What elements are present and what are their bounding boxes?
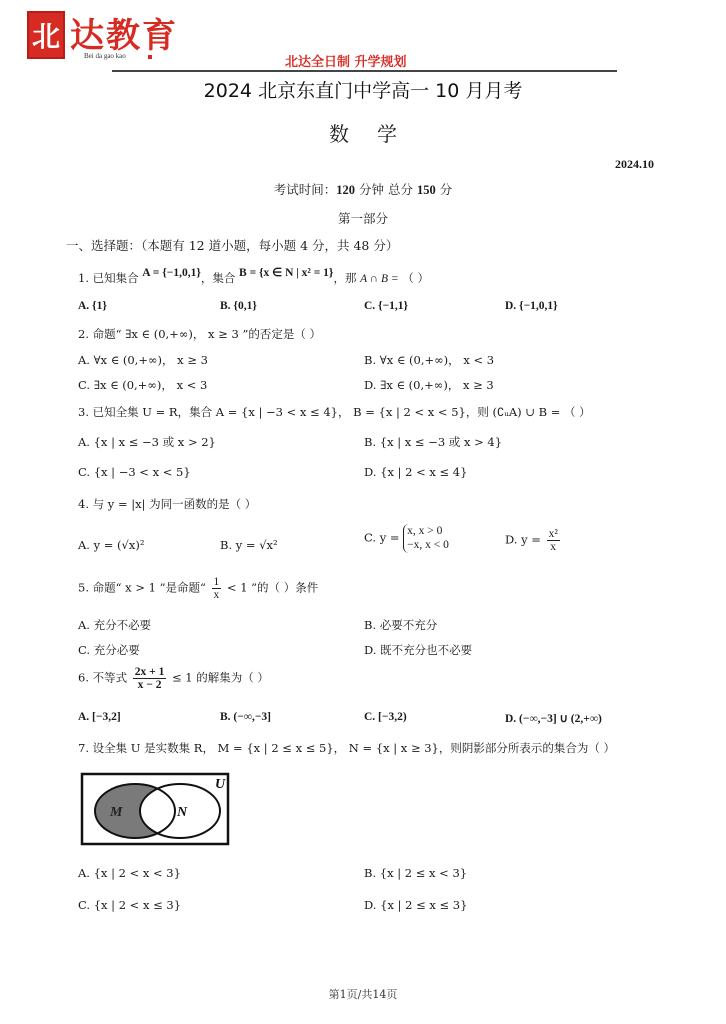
logo-glyph: 北 — [32, 15, 60, 55]
q-number: 6. — [78, 671, 89, 685]
option-1d[interactable]: D. {−1,0,1} — [505, 300, 558, 312]
q-text: ，那 — [333, 271, 360, 285]
denominator: x — [214, 589, 220, 601]
option-5a[interactable]: A. 充分不必要 — [78, 617, 151, 633]
option-6b[interactable]: B. (−∞,−3] — [220, 711, 271, 723]
logo-text: 达教育 — [70, 8, 178, 57]
case-2: −x, x < 0 — [407, 538, 449, 552]
fraction: 1x — [212, 576, 222, 601]
q-text: ≤ 1 的解集为（ ） — [168, 671, 269, 685]
numerator: 2x + 1 — [133, 666, 167, 679]
venn-diagram: M N U — [80, 771, 230, 846]
section-heading: 一、选择题：（本题有 12 道小题，每小题 4 分，共 48 分） — [66, 236, 398, 254]
part-heading: 第一部分 — [0, 209, 726, 227]
total-unit: 分 — [436, 182, 452, 197]
question-4: 4. 与 y = |x| 为同一函数的是（ ） — [78, 496, 256, 512]
option-4c[interactable]: C. y = x, x > 0 −x, x < 0 — [364, 524, 449, 553]
option-1c[interactable]: C. {−1,1} — [364, 300, 408, 312]
q-text: 命题“ ∃x ∈ (0,+∞)， x ≥ 3 ”的否定是（ ） — [93, 327, 321, 341]
case-1: x, x > 0 — [407, 524, 449, 538]
exam-info: 考试时间：120 分钟 总分 150 分 — [0, 180, 726, 198]
question-3: 3. 已知全集 U = R，集合 A = {x | −3 < x ≤ 4}， B… — [78, 404, 591, 420]
option-3d[interactable]: D. {x | 2 < x ≤ 4} — [364, 465, 467, 479]
page-number: 第1页/共14页 — [0, 986, 726, 1002]
option-6c[interactable]: C. [−3,2) — [364, 711, 407, 723]
q-text: 已知集合 — [93, 271, 143, 285]
exam-date: 2024.10 — [615, 157, 654, 172]
total-score: 150 — [417, 183, 436, 197]
question-5: 5. 命题“ x > 1 ”是命题“ 1x < 1 ”的（ ）条件 — [78, 576, 318, 601]
option-5c[interactable]: C. 充分必要 — [78, 642, 140, 658]
option-6a[interactable]: A. [−3,2] — [78, 711, 121, 723]
option-6d[interactable]: D. (−∞,−3] ∪ (2,+∞) — [505, 711, 602, 725]
venn-label-u: U — [215, 777, 226, 792]
q-text: 设全集 U 是实数集 R， M = {x | 2 ≤ x ≤ 5}， N = {… — [93, 741, 615, 755]
option-7b[interactable]: B. {x | 2 ≤ x < 3} — [364, 866, 467, 880]
duration-unit: 分钟 总分 — [355, 182, 417, 197]
q-text: ，集合 — [201, 271, 239, 285]
option-2c[interactable]: C. ∃x ∈ (0,+∞)， x < 3 — [78, 377, 207, 393]
option-3a[interactable]: A. {x | x ≤ −3 或 x > 2} — [78, 434, 216, 450]
q-text: 与 y = |x| 为同一函数的是（ ） — [93, 497, 257, 511]
option-2b[interactable]: B. ∀x ∈ (0,+∞)， x < 3 — [364, 352, 494, 368]
option-4a[interactable]: A. y = (√x)² — [78, 538, 144, 552]
header-rule — [112, 70, 617, 72]
option-2a[interactable]: A. ∀x ∈ (0,+∞)， x ≥ 3 — [78, 352, 208, 368]
option-2d[interactable]: D. ∃x ∈ (0,+∞)， x ≥ 3 — [364, 377, 494, 393]
question-1: 1. 已知集合 A = {−1,0,1}，集合 B = {x ∈ N | x² … — [78, 270, 429, 286]
q-math: A ∩ B = — [360, 273, 399, 285]
denominator: x — [550, 541, 556, 553]
info-prefix: 考试时间： — [274, 182, 337, 197]
option-label: C. y = — [364, 530, 400, 544]
question-6: 6. 不等式 2x + 1x − 2 ≤ 1 的解集为（ ） — [78, 666, 269, 691]
q-text: 命题“ x > 1 ”是命题“ — [93, 581, 210, 595]
option-5d[interactable]: D. 既不充分也不必要 — [364, 642, 472, 658]
q-number: 4. — [78, 497, 89, 511]
option-label: D. y = — [505, 533, 541, 547]
numerator: 1 — [212, 576, 222, 589]
question-7: 7. 设全集 U 是实数集 R， M = {x | 2 ≤ x ≤ 5}， N … — [78, 740, 615, 756]
option-3c[interactable]: C. {x | −3 < x < 5} — [78, 465, 191, 479]
question-2: 2. 命题“ ∃x ∈ (0,+∞)， x ≥ 3 ”的否定是（ ） — [78, 326, 321, 342]
logo-mark: 北 — [27, 11, 65, 59]
option-5b[interactable]: B. 必要不充分 — [364, 617, 437, 633]
q-text: 已知全集 U = R，集合 A = {x | −3 < x ≤ 4}， B = … — [93, 405, 591, 419]
exam-title: 2024 北京东直门中学高一 10 月月考 — [0, 76, 726, 103]
option-4d[interactable]: D. y = x² x — [505, 528, 562, 553]
piecewise: x, x > 0 −x, x < 0 — [403, 524, 449, 553]
duration-value: 120 — [336, 183, 355, 197]
option-7d[interactable]: D. {x | 2 ≤ x ≤ 3} — [364, 898, 467, 912]
q-number: 2. — [78, 327, 89, 341]
exam-subject: 数学 — [0, 118, 726, 147]
logo-pinyin: Bei da gao kao — [84, 52, 126, 60]
q-text: 不等式 — [93, 671, 131, 685]
q-text: （ ） — [399, 271, 429, 285]
option-3b[interactable]: B. {x | x ≤ −3 或 x > 4} — [364, 434, 502, 450]
q-number: 5. — [78, 581, 89, 595]
denominator: x − 2 — [138, 679, 162, 691]
fraction: x² x — [547, 528, 560, 553]
option-1a[interactable]: A. {1} — [78, 300, 107, 312]
venn-label-n: N — [176, 805, 188, 820]
q-number: 7. — [78, 741, 89, 755]
q-number: 1. — [78, 271, 89, 285]
fraction: 2x + 1x − 2 — [133, 666, 167, 691]
q-math: A = {−1,0,1} — [142, 267, 201, 279]
option-4b[interactable]: B. y = √x² — [220, 538, 278, 552]
option-7a[interactable]: A. {x | 2 < x < 3} — [78, 866, 181, 880]
option-7c[interactable]: C. {x | 2 < x ≤ 3} — [78, 898, 181, 912]
logo-dot — [148, 55, 152, 59]
q-math: B = {x ∈ N | x² = 1} — [239, 267, 333, 279]
header-slogan: 北达全日制 升学规划 — [285, 51, 407, 70]
q-text: < 1 ”的（ ）条件 — [223, 581, 318, 595]
venn-label-m: M — [109, 805, 123, 820]
numerator: x² — [547, 528, 560, 541]
option-1b[interactable]: B. {0,1} — [220, 300, 257, 312]
q-number: 3. — [78, 405, 89, 419]
